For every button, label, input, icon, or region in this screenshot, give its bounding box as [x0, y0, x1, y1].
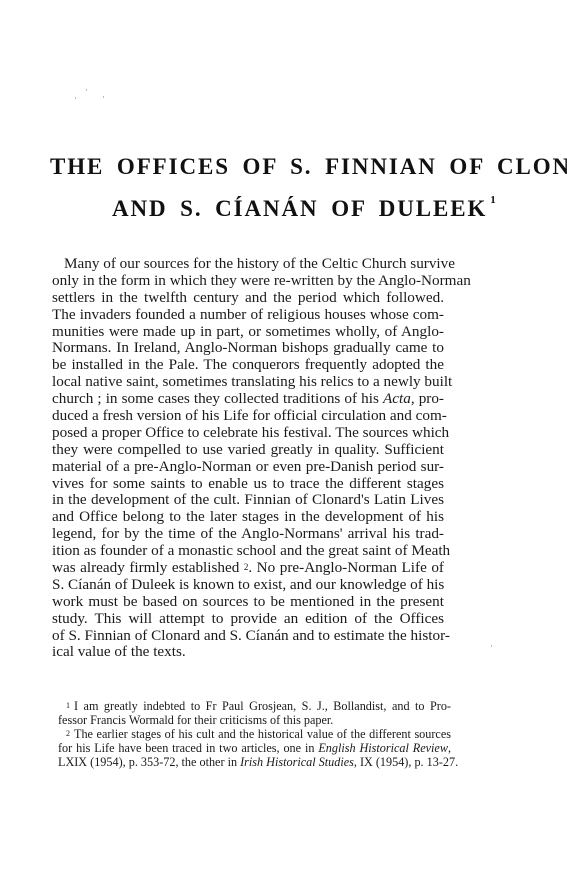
body-line: vives for some saints to enable us to tr… — [52, 476, 444, 493]
body-line: be installed in the Pale. The conquerors… — [52, 357, 444, 374]
footnotes: 1I am greatly indebted to Fr Paul Grosje… — [58, 699, 451, 769]
footnote-number-2: 2 — [66, 729, 70, 738]
footnote-text: LXIX (1954), p. 353-72, the other in — [58, 755, 237, 769]
scan-speck — [103, 96, 104, 98]
footnote-1-line: 1I am greatly indebted to Fr Paul Grosje… — [58, 699, 451, 713]
footnote-text: , — [448, 741, 451, 755]
body-line-text: church ; in some cases they collected tr… — [52, 390, 379, 407]
scan-speck — [491, 645, 492, 647]
scan-speck — [86, 89, 87, 91]
footnote-1-line: fessor Francis Wormald for their critici… — [58, 713, 451, 727]
document-page: THE OFFICES OF S. FINNIAN OF CLONARD AND… — [0, 0, 567, 887]
body-line: Normans. In Ireland, Anglo-Norman bishop… — [52, 340, 444, 357]
body-line: ition as founder of a monastic school an… — [52, 543, 444, 560]
footnote-2-line: for his Life have been traced in two art… — [58, 741, 451, 755]
body-paragraph: Many of our sources for the history of t… — [52, 256, 444, 661]
scan-speck — [75, 97, 76, 99]
body-line: was already firmly established 2. No pre… — [52, 560, 444, 577]
body-line: Many of our sources for the history of t… — [52, 256, 444, 273]
body-line: The invaders founded a number of religio… — [52, 307, 444, 324]
body-line: study. This will attempt to provide an e… — [52, 611, 444, 628]
footnote-text: I am greatly indebted to Fr Paul Grosjea… — [74, 699, 451, 713]
body-line: duced a fresh version of his Life for of… — [52, 408, 444, 425]
footnote-text: , IX (1954), p. 13-27. — [354, 755, 458, 769]
body-line-text: was already firmly established — [52, 559, 239, 576]
body-line: of S. Finnian of Clonard and S. Cíanán a… — [52, 628, 444, 645]
journal-title: Irish Historical Studies — [240, 755, 354, 769]
italic-term-acta: Acta — [383, 390, 411, 407]
body-line: church ; in some cases they collected tr… — [52, 391, 444, 408]
body-line: work must be based on sources to be ment… — [52, 594, 444, 611]
footnote-text: for his Life have been traced in two art… — [58, 741, 314, 755]
journal-title: English Historical Review — [318, 741, 448, 755]
footnote-2-line: LXIX (1954), p. 353-72, the other in Iri… — [58, 755, 451, 769]
body-line: local native saint, sometimes translatin… — [52, 374, 444, 391]
body-line: S. Cíanán of Duleek is known to exist, a… — [52, 577, 444, 594]
body-line-text: . No pre-Anglo-Norman Life of — [248, 559, 444, 576]
title-text-2: AND S. CÍANÁN OF DULEEK — [112, 196, 487, 221]
body-line: legend, for by the time of the Anglo-Nor… — [52, 526, 444, 543]
footnote-number-1: 1 — [66, 701, 70, 710]
body-line: material of a pre-Anglo-Norman or even p… — [52, 459, 444, 476]
body-line: munities were made up in part, or someti… — [52, 324, 444, 341]
body-line: ical value of the texts. — [52, 644, 444, 661]
footnote-2-line: 2The earlier stages of his cult and the … — [58, 727, 451, 741]
footnote-ref-2[interactable]: 2 — [244, 562, 249, 572]
footnote-text: The earlier stages of his cult and the h… — [74, 727, 451, 741]
article-title-line-2: AND S. CÍANÁN OF DULEEK1 — [112, 196, 496, 222]
body-line-text: , pro- — [411, 390, 444, 407]
body-line: only in the form in which they were re-w… — [52, 273, 444, 290]
body-line: they were compelled to use varied greatl… — [52, 442, 444, 459]
body-line: and Office belong to the later stages in… — [52, 509, 444, 526]
article-title-line-1: THE OFFICES OF S. FINNIAN OF CLONARD — [50, 154, 567, 180]
title-footnote-ref[interactable]: 1 — [490, 194, 496, 206]
title-text-1: THE OFFICES OF S. FINNIAN OF CLONARD — [50, 154, 567, 179]
body-line: in the development of the cult. Finnian … — [52, 492, 444, 509]
body-line: posed a proper Office to celebrate his f… — [52, 425, 444, 442]
body-line: settlers in the twelfth century and the … — [52, 290, 444, 307]
